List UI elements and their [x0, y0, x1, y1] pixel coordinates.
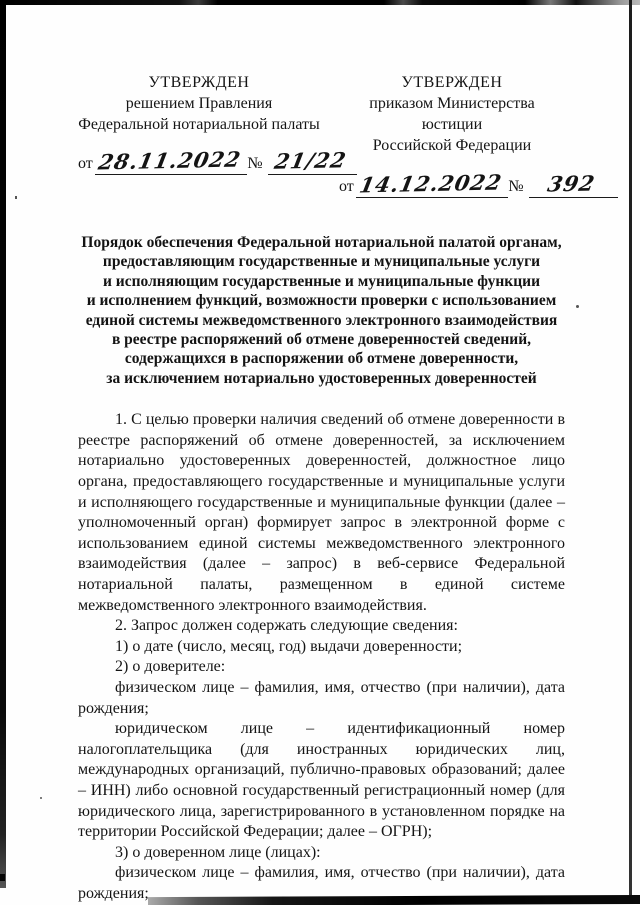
handwritten-date: 14.12.2022 — [357, 172, 503, 197]
handwritten-number: 392 — [546, 173, 597, 196]
date-prefix: от — [78, 153, 93, 175]
handwritten-number: 21/22 — [273, 149, 349, 172]
number-sign: № — [508, 176, 523, 198]
handwritten-number-field: 21/22 — [268, 150, 357, 175]
scan-blob — [0, 874, 5, 881]
approval-date-number-row: от14.12.2022№392 — [339, 173, 565, 198]
approval-blocks: УТВЕРЖДЕН решением Правления Федеральной… — [78, 72, 565, 198]
approved-by-line: Федеральной нотариальной палаты — [78, 114, 320, 135]
scan-edge-right — [629, 0, 632, 897]
scan-speck — [15, 196, 17, 199]
handwritten-date-field: 14.12.2022 — [356, 173, 509, 198]
number-sign: № — [247, 153, 262, 175]
approval-date-number-row: от28.11.2022№21/22 — [78, 150, 320, 175]
document-sheet: УТВЕРЖДЕН решением Правления Федеральной… — [0, 0, 640, 905]
document-title: Порядок обеспечения Федеральной нотариал… — [65, 233, 578, 388]
handwritten-date: 28.11.2022 — [96, 149, 242, 174]
title-line: и исполняющим государственные и муниципа… — [65, 272, 578, 291]
title-line: Порядок обеспечения Федеральной нотариал… — [65, 233, 578, 252]
approval-block-minjust: УТВЕРЖДЕН приказом Министерства юстиции … — [339, 72, 565, 198]
title-line: за исключением нотариально удостоверенны… — [65, 369, 578, 388]
scan-edge-left — [0, 0, 6, 888]
date-prefix: от — [339, 176, 354, 198]
list-item-2-individual: физическом лице – фамилия, имя, отчество… — [78, 678, 565, 719]
handwritten-date-field: 28.11.2022 — [95, 150, 248, 175]
approved-heading: УТВЕРЖДЕН — [78, 72, 320, 93]
approved-by-line: решением Правления — [78, 93, 320, 114]
title-line: и исполнением функций, возможности прове… — [65, 291, 578, 310]
title-line: в реестре распоряжений об отмене доверен… — [65, 330, 578, 349]
title-line: содержащихся в распоряжении об отмене до… — [65, 349, 578, 368]
approval-block-fnp: УТВЕРЖДЕН решением Правления Федеральной… — [78, 72, 320, 198]
list-item-3-individual: физическом лице – фамилия, имя, отчество… — [78, 863, 565, 904]
scan-speck — [40, 797, 42, 799]
handwritten-number-field: 392 — [529, 173, 618, 198]
approved-heading: УТВЕРЖДЕН — [339, 72, 565, 93]
list-item-1: 1) о дате (число, месяц, год) выдачи дов… — [78, 637, 565, 658]
approved-by-line: Российской Федерации — [339, 135, 565, 156]
document-body: 1. С целью проверки наличия сведений об … — [78, 410, 565, 904]
list-item-3: 3) о доверенном лице (лицах): — [78, 843, 565, 864]
list-item-2: 2) о доверителе: — [78, 657, 565, 678]
title-line: предоставляющим государственные и муници… — [65, 252, 578, 271]
paragraph-2: 2. Запрос должен содержать следующие све… — [78, 616, 565, 637]
list-item-2-legal-entity: юридическом лице – идентификационный ном… — [78, 719, 565, 843]
title-line: единой системы межведомственного электро… — [65, 311, 578, 330]
paragraph-1: 1. С целью проверки наличия сведений об … — [78, 410, 565, 616]
page-content: УТВЕРЖДЕН решением Правления Федеральной… — [78, 0, 565, 905]
approved-by-line: приказом Министерства юстиции — [339, 93, 565, 135]
